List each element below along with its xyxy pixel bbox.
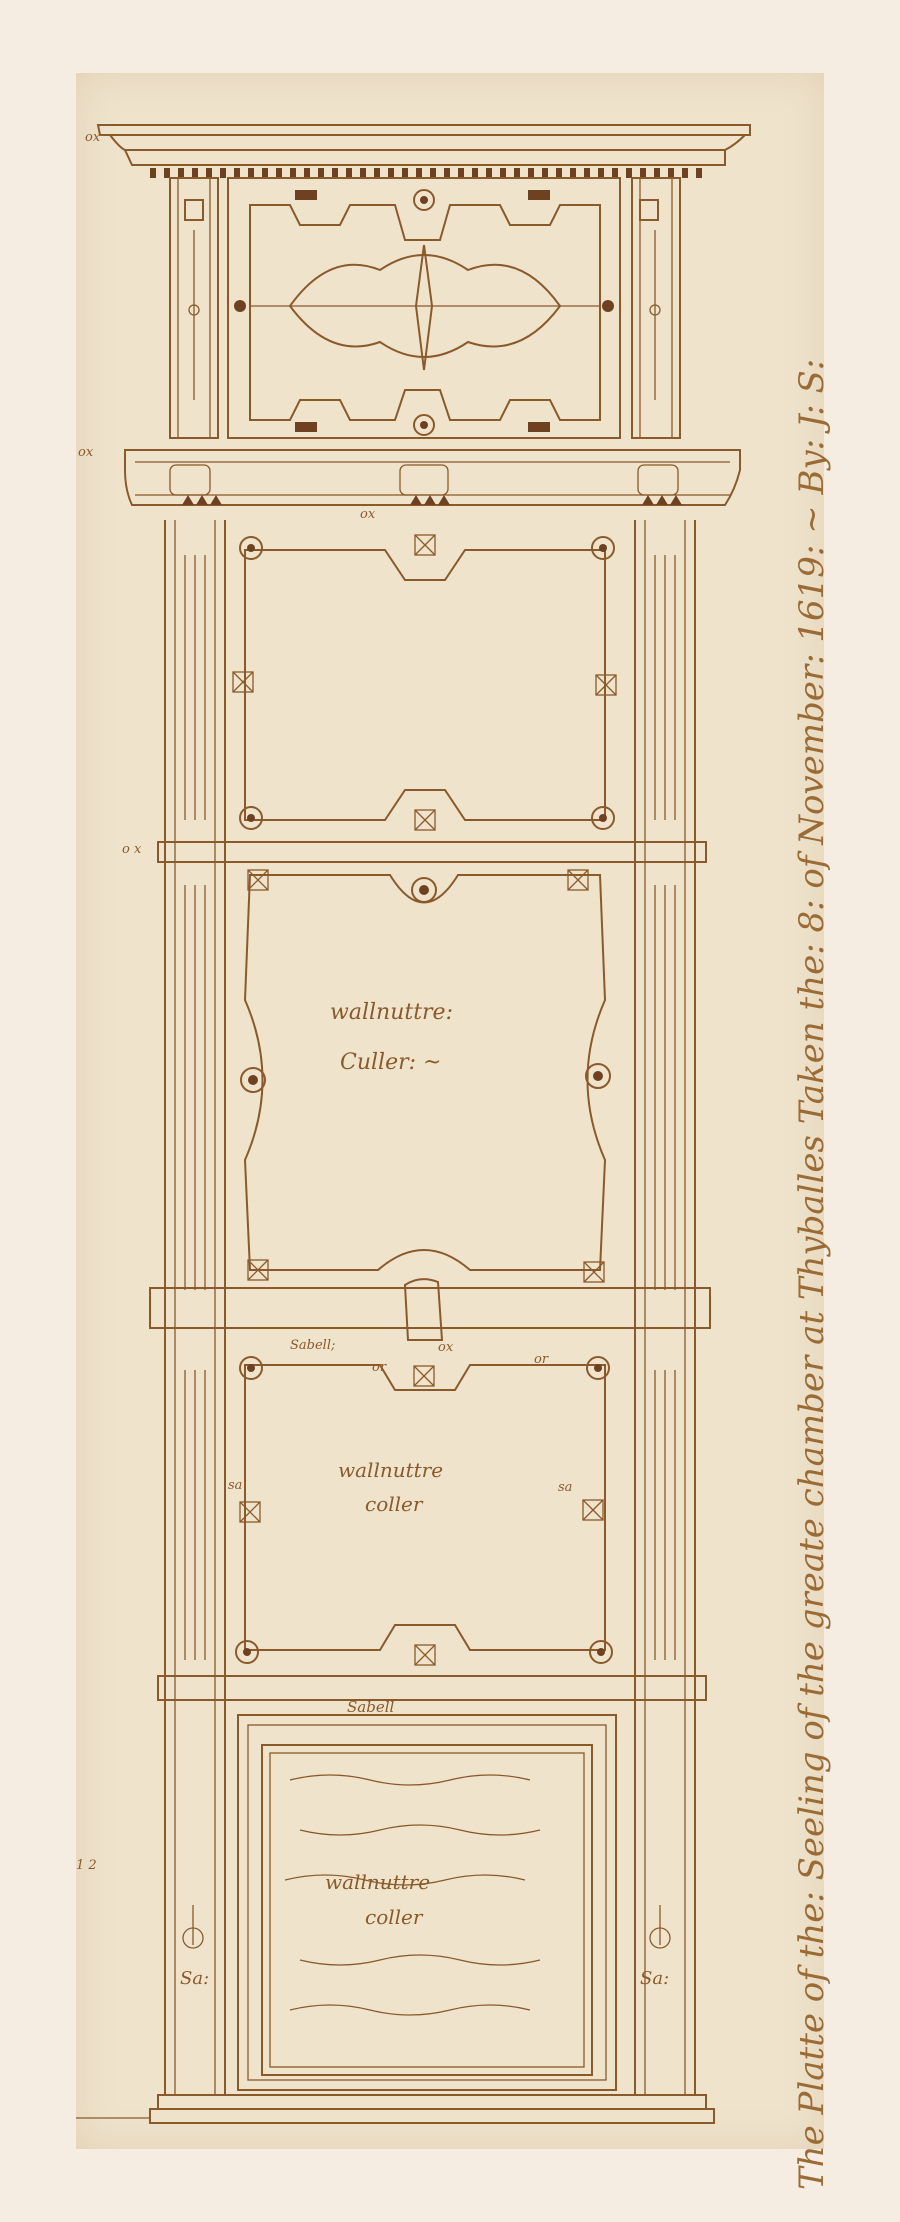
cornice: [98, 125, 750, 178]
panel-4-label-line1: wallnuttre: [325, 1870, 430, 1894]
panel-4-outline: [183, 1715, 670, 2090]
annotation-sa-bottom-right: Sa:: [640, 1968, 669, 1989]
frieze-band: [125, 450, 740, 505]
margin-mark-12: 1 2: [76, 1858, 97, 1873]
panel-3-label-line1: wallnuttre: [338, 1458, 443, 1482]
margin-mark-ox-3: o x: [122, 842, 141, 857]
panel-4-label-line2: coller: [365, 1905, 422, 1929]
margin-mark-ox-1: ox: [85, 130, 100, 145]
panel-1-outline: [233, 535, 616, 830]
annotation-ox-top: ox: [360, 507, 375, 522]
panel-2-label-line2: Culler: ~: [340, 1050, 441, 1075]
panel-3-label-line2: coller: [365, 1492, 422, 1516]
ceiling-plan-drawing: [0, 0, 900, 2222]
frieze-section: [170, 178, 680, 438]
panel-2-outline: [241, 870, 610, 1340]
panel-2-label-line1: wallnuttre:: [330, 1000, 453, 1025]
margin-mark-ox-2: ox: [78, 445, 93, 460]
annotation-sa-bottom-left: Sa:: [180, 1968, 209, 1989]
annotation-or-2: or: [534, 1352, 548, 1367]
annotation-or-1: or: [372, 1360, 386, 1375]
annotation-sabell-2: Sabell: [347, 1698, 394, 1716]
vertical-inscription: The Platte of the: Seeling of the greate…: [792, 290, 832, 2190]
annotation-sa-left: sa: [228, 1478, 242, 1493]
annotation-sabell-1: Sabell;: [290, 1338, 335, 1353]
panel-3-outline: [236, 1357, 612, 1665]
annotation-ox-1: ox: [438, 1340, 453, 1355]
annotation-sa-right: sa: [558, 1480, 572, 1495]
